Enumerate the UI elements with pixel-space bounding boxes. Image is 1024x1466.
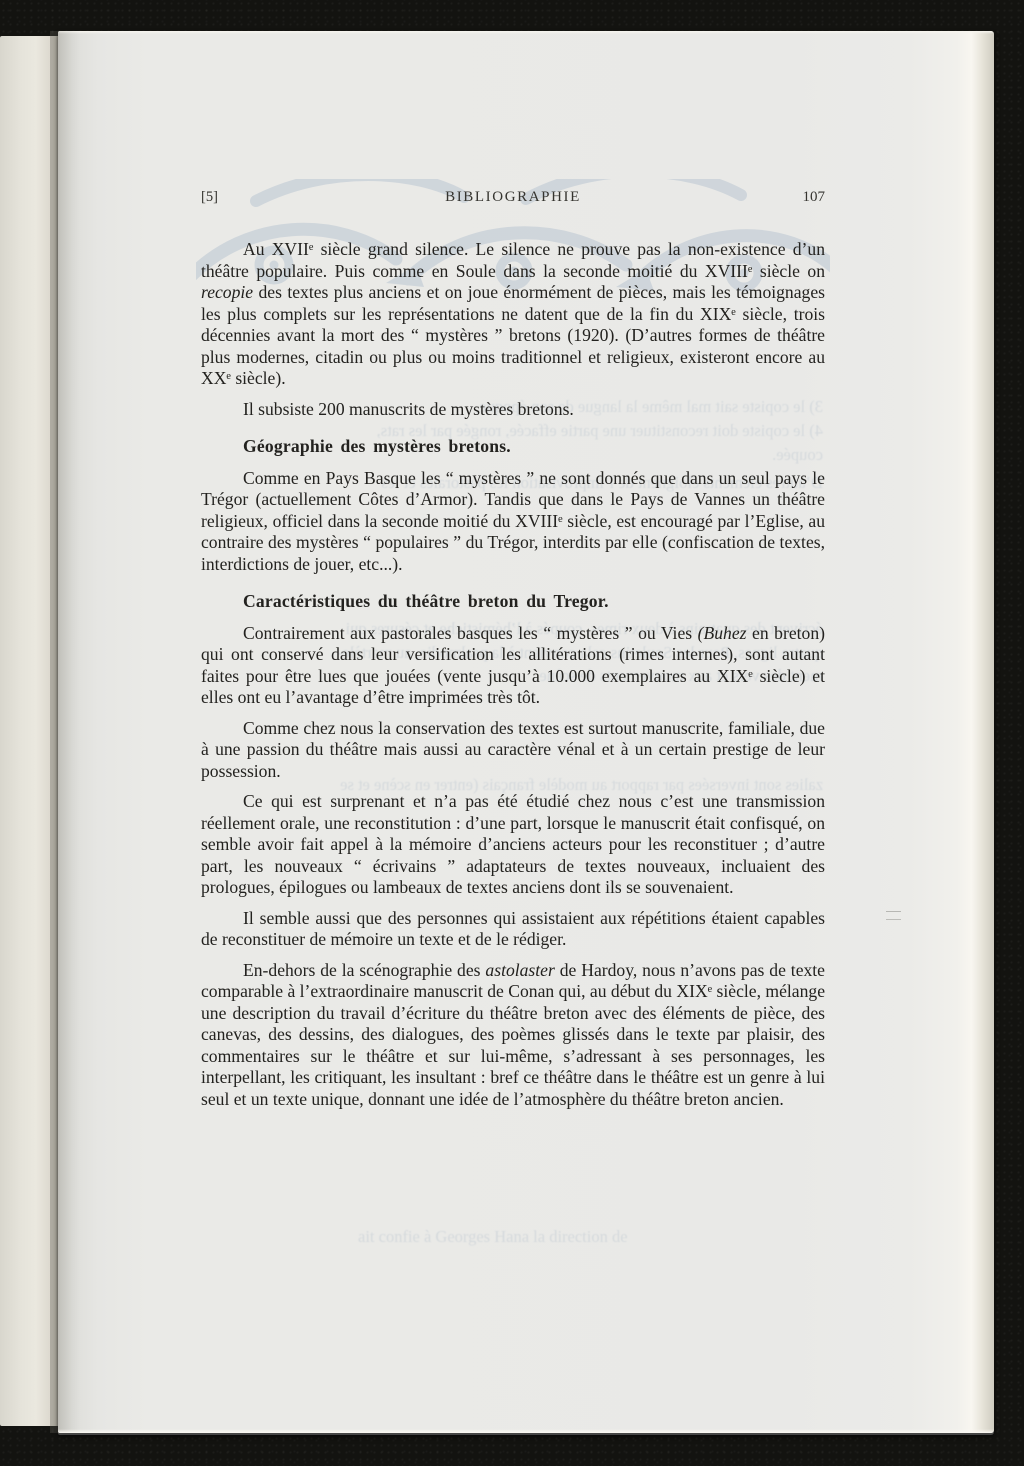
book-page: 3) le copiste sait mal même la langue de… [58, 31, 994, 1433]
paragraph: Il semble aussi que des personnes qui as… [201, 908, 825, 951]
paragraph: Il subsiste 200 manuscrits de mystères b… [201, 399, 825, 421]
page-body: Au XVIIᵉ siècle grand silence. Le silenc… [201, 239, 825, 1119]
section-heading: Caractéristiques du théâtre breton du Tr… [201, 591, 825, 613]
paragraph: Ce qui est surprenant et n’a pas été étu… [201, 791, 825, 899]
showthrough-line: ait confie à Georges Hana la direction d… [358, 1227, 818, 1247]
pencil-mark [886, 911, 901, 920]
paragraph: Comme en Pays Basque les “ mystères ” ne… [201, 468, 825, 576]
photo-background: 3) le copiste sait mal même la langue de… [0, 0, 1024, 1466]
section-heading: Géographie des mystères bretons. [201, 436, 825, 458]
page-number: 107 [735, 189, 825, 206]
paragraph: Comme chez nous la conservation des text… [201, 718, 825, 783]
running-title: BIBLIOGRAPHIE [291, 189, 735, 206]
folio-number: [5] [201, 189, 291, 206]
paragraph: En-dehors de la scénographie des astolas… [201, 960, 825, 1111]
paragraph: Contrairement aux pastorales basques les… [201, 623, 825, 709]
paragraph: Au XVIIᵉ siècle grand silence. Le silenc… [201, 239, 825, 390]
facing-page-edge [0, 36, 58, 1426]
running-header: [5] BIBLIOGRAPHIE 107 [201, 189, 825, 206]
